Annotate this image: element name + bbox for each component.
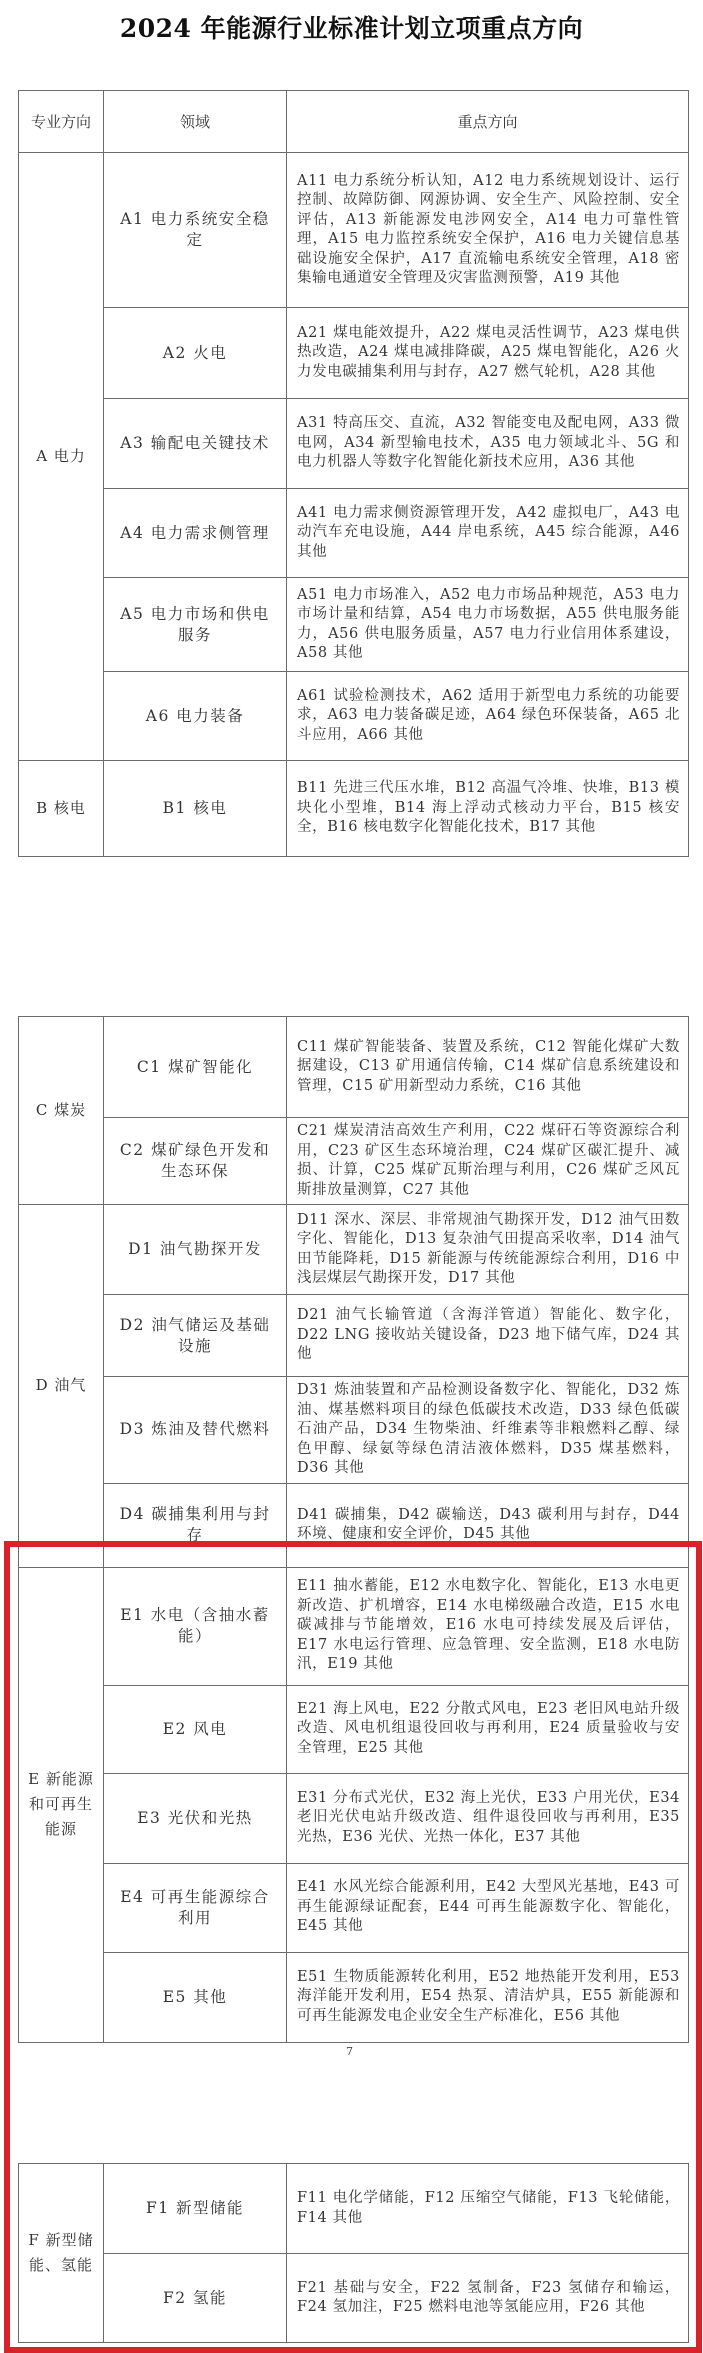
table-row: A5 电力市场和供电服务 A51 电力市场准入，A52 电力市场品种规范，A53…: [19, 578, 689, 672]
domain-label: E2 风电: [104, 1685, 287, 1773]
focus-text: C11 煤矿智能装备、装置及系统，C12 智能化煤矿大数据建设，C13 矿用通信…: [287, 1017, 689, 1118]
domain-label: E5 其他: [104, 1952, 287, 2042]
domain-label: A2 火电: [104, 308, 287, 399]
domain-label: D1 油气勘探开发: [104, 1205, 287, 1295]
table-row: B 核电 B1 核电 B11 先进三代压水堆，B12 高温气冷堆、快堆，B13 …: [19, 761, 689, 857]
domain-label: A4 电力需求侧管理: [104, 489, 287, 578]
page-number: 7: [346, 2045, 353, 2058]
domain-label: F2 氢能: [104, 2254, 287, 2343]
focus-text: D31 炼油装置和产品检测设备数字化、智能化，D32 炼油、煤基燃料项目的绿色低…: [287, 1377, 689, 1484]
table-row: D 油气 D1 油气勘探开发 D11 深水、深层、非常规油气勘探开发，D12 油…: [19, 1205, 689, 1295]
focus-text: A41 电力需求侧资源管理开发，A42 虚拟电厂，A43 电动汽车充电设施，A4…: [287, 489, 689, 578]
domain-label: D2 油气储运及基础设施: [104, 1295, 287, 1377]
domain-label: F1 新型储能: [104, 2164, 287, 2254]
table-row: E 新能源和可再生能源 E1 水电（含抽水蓄能） E11 抽水蓄能，E12 水电…: [19, 1567, 689, 1685]
category-label: F 新型储能、氢能: [19, 2164, 104, 2343]
table-row: C2 煤矿绿色开发和生态环保 C21 煤炭清洁高效生产利用，C22 煤矸石等资源…: [19, 1118, 689, 1205]
focus-text: D11 深水、深层、非常规油气勘探开发，D12 油气田数字化、智能化，D13 复…: [287, 1205, 689, 1295]
domain-label: A3 输配电关键技术: [104, 399, 287, 489]
domain-label: E1 水电（含抽水蓄能）: [104, 1567, 287, 1685]
table-row: F2 氢能 F21 基础与安全，F22 氢制备，F23 氢储存和输运，F24 氢…: [19, 2254, 689, 2343]
focus-text: A31 特高压交、直流，A32 智能变电及配电网，A33 微电网，A34 新型输…: [287, 399, 689, 489]
table-row: F 新型储能、氢能 F1 新型储能 F11 电化学储能，F12 压缩空气储能，F…: [19, 2164, 689, 2254]
table-row: E5 其他 E51 生物质能源转化利用，E52 地热能开发利用，E53 海洋能开…: [19, 1952, 689, 2042]
focus-text: E31 分布式光伏，E32 海上光伏，E33 户用光伏，E34 老旧光伏电站升级…: [287, 1773, 689, 1863]
category-label: B 核电: [19, 761, 104, 857]
table-row: D3 炼油及替代燃料 D31 炼油装置和产品检测设备数字化、智能化，D32 炼油…: [19, 1377, 689, 1484]
domain-label: E3 光伏和光热: [104, 1773, 287, 1863]
focus-text: D21 油气长输管道（含海洋管道）智能化、数字化，D22 LNG 接收站关键设备…: [287, 1295, 689, 1377]
table-row: A2 火电 A21 煤电能效提升，A22 煤电灵活性调节，A23 煤电供热改造，…: [19, 308, 689, 399]
table-row: D4 碳捕集利用与封存 D41 碳捕集，D42 碳输送，D43 碳利用与封存，D…: [19, 1483, 689, 1567]
domain-label: D3 炼油及替代燃料: [104, 1377, 287, 1484]
standards-table-part-3: F 新型储能、氢能 F1 新型储能 F11 电化学储能，F12 压缩空气储能，F…: [18, 2163, 689, 2343]
focus-text: B11 先进三代压水堆，B12 高温气冷堆、快堆，B13 模块化小型堆，B14 …: [287, 761, 689, 857]
document-title: 2024 年能源行业标准计划立项重点方向: [0, 12, 703, 46]
table-row: A3 输配电关键技术 A31 特高压交、直流，A32 智能变电及配电网，A33 …: [19, 399, 689, 489]
focus-text: A11 电力系统分析认知，A12 电力系统规划设计、运行控制、故障防御、网源协调…: [287, 153, 689, 308]
table-row: E3 光伏和光热 E31 分布式光伏，E32 海上光伏，E33 户用光伏，E34…: [19, 1773, 689, 1863]
domain-label: A1 电力系统安全稳定: [104, 153, 287, 308]
domain-label: A6 电力装备: [104, 672, 287, 761]
focus-text: E41 水风光综合能源利用，E42 大型风光基地，E43 可再生能源绿证配套，E…: [287, 1863, 689, 1952]
focus-text: A61 试验检测技术，A62 适用于新型电力系统的功能要求，A63 电力装备碳足…: [287, 672, 689, 761]
header-focus-direction: 重点方向: [287, 91, 689, 153]
table-row: C 煤炭 C1 煤矿智能化 C11 煤矿智能装备、装置及系统，C12 智能化煤矿…: [19, 1017, 689, 1118]
focus-text: A51 电力市场准入，A52 电力市场品种规范，A53 电力市场计量和结算，A5…: [287, 578, 689, 672]
focus-text: F11 电化学储能，F12 压缩空气储能，F13 飞轮储能，F14 其他: [287, 2164, 689, 2254]
table-row: D2 油气储运及基础设施 D21 油气长输管道（含海洋管道）智能化、数字化，D2…: [19, 1295, 689, 1377]
header-specialty-direction: 专业方向: [19, 91, 104, 153]
domain-label: E4 可再生能源综合利用: [104, 1863, 287, 1952]
category-label: C 煤炭: [19, 1017, 104, 1205]
focus-text: E21 海上风电，E22 分散式风电，E23 老旧风电站升级改造、风电机组退役回…: [287, 1685, 689, 1773]
focus-text: D41 碳捕集，D42 碳输送，D43 碳利用与封存，D44 环境、健康和安全评…: [287, 1483, 689, 1567]
header-domain: 领域: [104, 91, 287, 153]
table-row: A4 电力需求侧管理 A41 电力需求侧资源管理开发，A42 虚拟电厂，A43 …: [19, 489, 689, 578]
domain-label: C2 煤矿绿色开发和生态环保: [104, 1118, 287, 1205]
table-header-row: 专业方向 领域 重点方向: [19, 91, 689, 153]
domain-label: B1 核电: [104, 761, 287, 857]
standards-table-part-1: 专业方向 领域 重点方向 A 电力 A1 电力系统安全稳定 A11 电力系统分析…: [18, 90, 689, 857]
focus-text: E51 生物质能源转化利用，E52 地热能开发利用，E53 海洋能开发利用，E5…: [287, 1952, 689, 2042]
table-row: E4 可再生能源综合利用 E41 水风光综合能源利用，E42 大型风光基地，E4…: [19, 1863, 689, 1952]
focus-text: E11 抽水蓄能，E12 水电数字化、智能化，E13 水电更新改造、扩机增容，E…: [287, 1567, 689, 1685]
category-label: E 新能源和可再生能源: [19, 1567, 104, 2042]
focus-text: A21 煤电能效提升，A22 煤电灵活性调节，A23 煤电供热改造，A24 煤电…: [287, 308, 689, 399]
domain-label: A5 电力市场和供电服务: [104, 578, 287, 672]
category-label: A 电力: [19, 153, 104, 761]
standards-table-part-2: C 煤炭 C1 煤矿智能化 C11 煤矿智能装备、装置及系统，C12 智能化煤矿…: [18, 1016, 689, 2043]
focus-text: C21 煤炭清洁高效生产利用，C22 煤矸石等资源综合利用，C23 矿区生态环境…: [287, 1118, 689, 1205]
category-label: D 油气: [19, 1205, 104, 1568]
table-row: A6 电力装备 A61 试验检测技术，A62 适用于新型电力系统的功能要求，A6…: [19, 672, 689, 761]
focus-text: F21 基础与安全，F22 氢制备，F23 氢储存和输运，F24 氢加注，F25…: [287, 2254, 689, 2343]
table-row: E2 风电 E21 海上风电，E22 分散式风电，E23 老旧风电站升级改造、风…: [19, 1685, 689, 1773]
table-row: A 电力 A1 电力系统安全稳定 A11 电力系统分析认知，A12 电力系统规划…: [19, 153, 689, 308]
domain-label: C1 煤矿智能化: [104, 1017, 287, 1118]
domain-label: D4 碳捕集利用与封存: [104, 1483, 287, 1567]
